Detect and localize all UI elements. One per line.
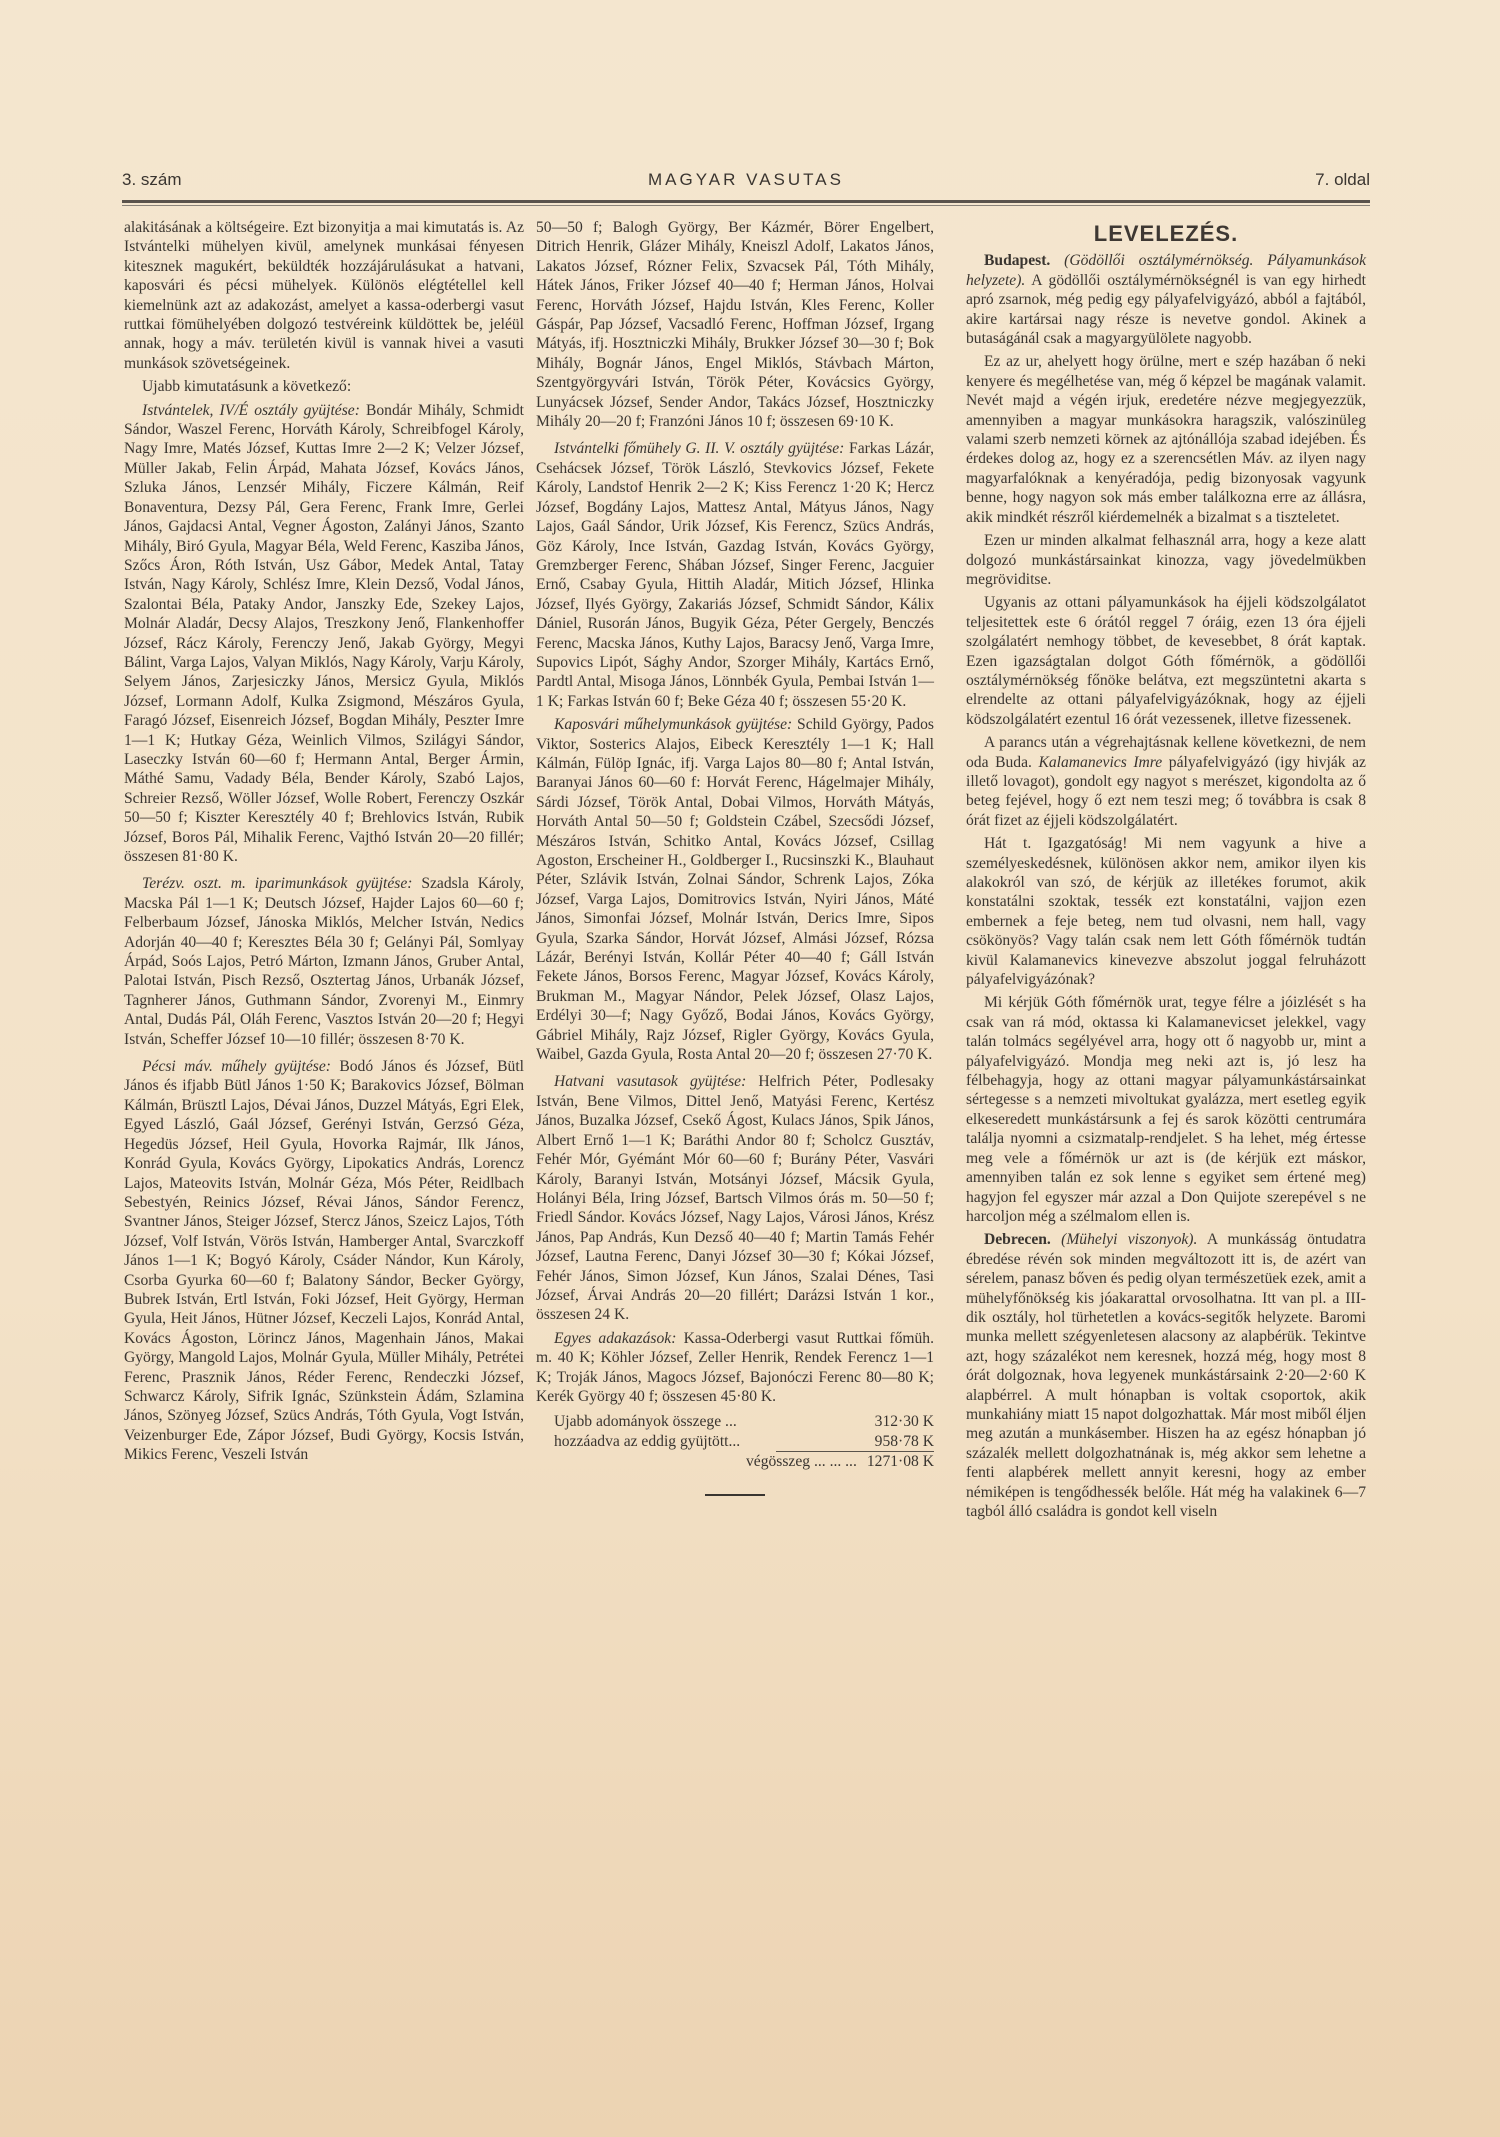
totals-amount: 958·78 K — [844, 1432, 934, 1451]
section-heading: Istvántelek, IV/É osztály gyüjtése: — [142, 402, 360, 419]
letter-paragraph: Ez az ur, ahelyett hogy örülne, mert e s… — [966, 352, 1366, 527]
header-rule-thin — [122, 205, 1370, 206]
intro-paragraph: alakitásának a költségeire. Ezt bizonyit… — [124, 218, 524, 373]
lead-line: Ujabb kimutatásunk a következő: — [124, 377, 524, 396]
letter-paragraph: Budapest. (Gödöllői osztálymérnökség. Pá… — [966, 251, 1366, 348]
letter-paragraph: Ugyanis az ottani pályamunkások ha éjjel… — [966, 593, 1366, 729]
donation-section: Terézv. oszt. m. iparimunkások gyüjtése:… — [124, 874, 524, 1049]
letter-paragraph: A parancs után a végrehajtásnak kellene … — [966, 733, 1366, 830]
donation-section: Egyes adakazások: Kassa-Oderbergi vasut … — [536, 1329, 934, 1407]
header-rule — [122, 200, 1370, 203]
section-heading: Pécsi máv. műhely gyüjtése: — [142, 1058, 331, 1075]
letter-text: A gödöllői osztálymérnökségnél is van eg… — [966, 272, 1366, 347]
totals-label: Ujabb adományok összege ... — [554, 1412, 737, 1431]
totals-amount: 1271·08 K — [867, 1452, 934, 1471]
column-middle: 50—50 f; Balogh György, Ber Kázmér, Böre… — [536, 218, 934, 1496]
section-divider — [705, 1494, 765, 1496]
donor-list: Szadsla Károly, Macska Pál 1—1 K; Deutsc… — [124, 875, 524, 1047]
column-left: alakitásának a költségeire. Ezt bizonyit… — [124, 218, 524, 1469]
donation-section: Hatvani vasutasok gyüjtése: Helfrich Pét… — [536, 1072, 934, 1324]
totals-row-previous: hozzáadva az eddig gyüjtött... 958·78 K — [536, 1432, 934, 1451]
totals-label: végösszeg ... ... ... — [746, 1452, 857, 1471]
section-heading: Kaposvári műhelymunkások gyüjtése: — [554, 716, 792, 733]
page-header: 3. szám MAGYAR VASUTAS 7. oldal — [122, 170, 1370, 200]
publication-title: MAGYAR VASUTAS — [122, 170, 1370, 190]
letter-place: Budapest. — [984, 252, 1050, 269]
donor-list: Farkas Lázár, Csehácsek József, Török Lá… — [536, 440, 934, 709]
section-heading: Hatvani vasutasok gyüjtése: — [554, 1073, 746, 1090]
donation-section: Istvántelek, IV/É osztály gyüjtése: Bond… — [124, 401, 524, 867]
donor-list: Bodó János és József, Bütl János és ifja… — [124, 1058, 524, 1463]
donor-list-continued: 50—50 f; Balogh György, Ber Kázmér, Böre… — [536, 218, 934, 431]
donation-section: Istvántelki főmühely G. II. V. osztály g… — [536, 439, 934, 711]
section-heading: Egyes adakazások: — [554, 1330, 676, 1347]
letter-paragraph: Mi kérjük Góth főmérnök urat, tegye félr… — [966, 993, 1366, 1226]
donor-list: Schild György, Pados Viktor, Sosterics A… — [536, 716, 934, 1063]
letter-subtitle: (Mühelyi viszonyok). — [1061, 1231, 1197, 1248]
donation-section: Pécsi máv. műhely gyüjtése: Bodó János é… — [124, 1057, 524, 1465]
letter-paragraph: Debrecen. (Mühelyi viszonyok). A munkáss… — [966, 1230, 1366, 1521]
letter-place: Debrecen. — [984, 1231, 1051, 1248]
section-heading: Istvántelki főmühely G. II. V. osztály g… — [554, 440, 844, 457]
person-name: Kalamanevics Imre — [1038, 754, 1162, 771]
section-heading: Terézv. oszt. m. iparimunkások gyüjtése: — [142, 875, 413, 892]
totals-table: Ujabb adományok összege ... 312·30 K hoz… — [536, 1412, 934, 1471]
totals-label: hozzáadva az eddig gyüjtött... — [554, 1432, 740, 1451]
donation-section: Kaposvári műhelymunkások gyüjtése: Schil… — [536, 715, 934, 1064]
totals-amount: 312·30 K — [844, 1412, 934, 1431]
donor-list: Bondár Mihály, Schmidt Sándor, Waszel Fe… — [124, 402, 524, 865]
donor-list: Helfrich Péter, Podlesaky István, Bene V… — [536, 1073, 934, 1323]
totals-row-new: Ujabb adományok összege ... 312·30 K — [536, 1412, 934, 1431]
letter-paragraph: Ezen ur minden alkalmat felhasznál arra,… — [966, 531, 1366, 589]
correspondence-title: LEVELEZÉS. — [966, 224, 1366, 243]
letter-paragraph: Hát t. Igazgatóság! Mi nem vagyunk a hiv… — [966, 834, 1366, 989]
column-right: LEVELEZÉS. Budapest. (Gödöllői osztálymé… — [966, 218, 1366, 1525]
totals-row-final: végösszeg ... ... ... 1271·08 K — [536, 1452, 934, 1471]
letter-text: A munkásság öntudatra ébredése révén sok… — [966, 1231, 1366, 1520]
page-number: 7. oldal — [1315, 170, 1370, 190]
